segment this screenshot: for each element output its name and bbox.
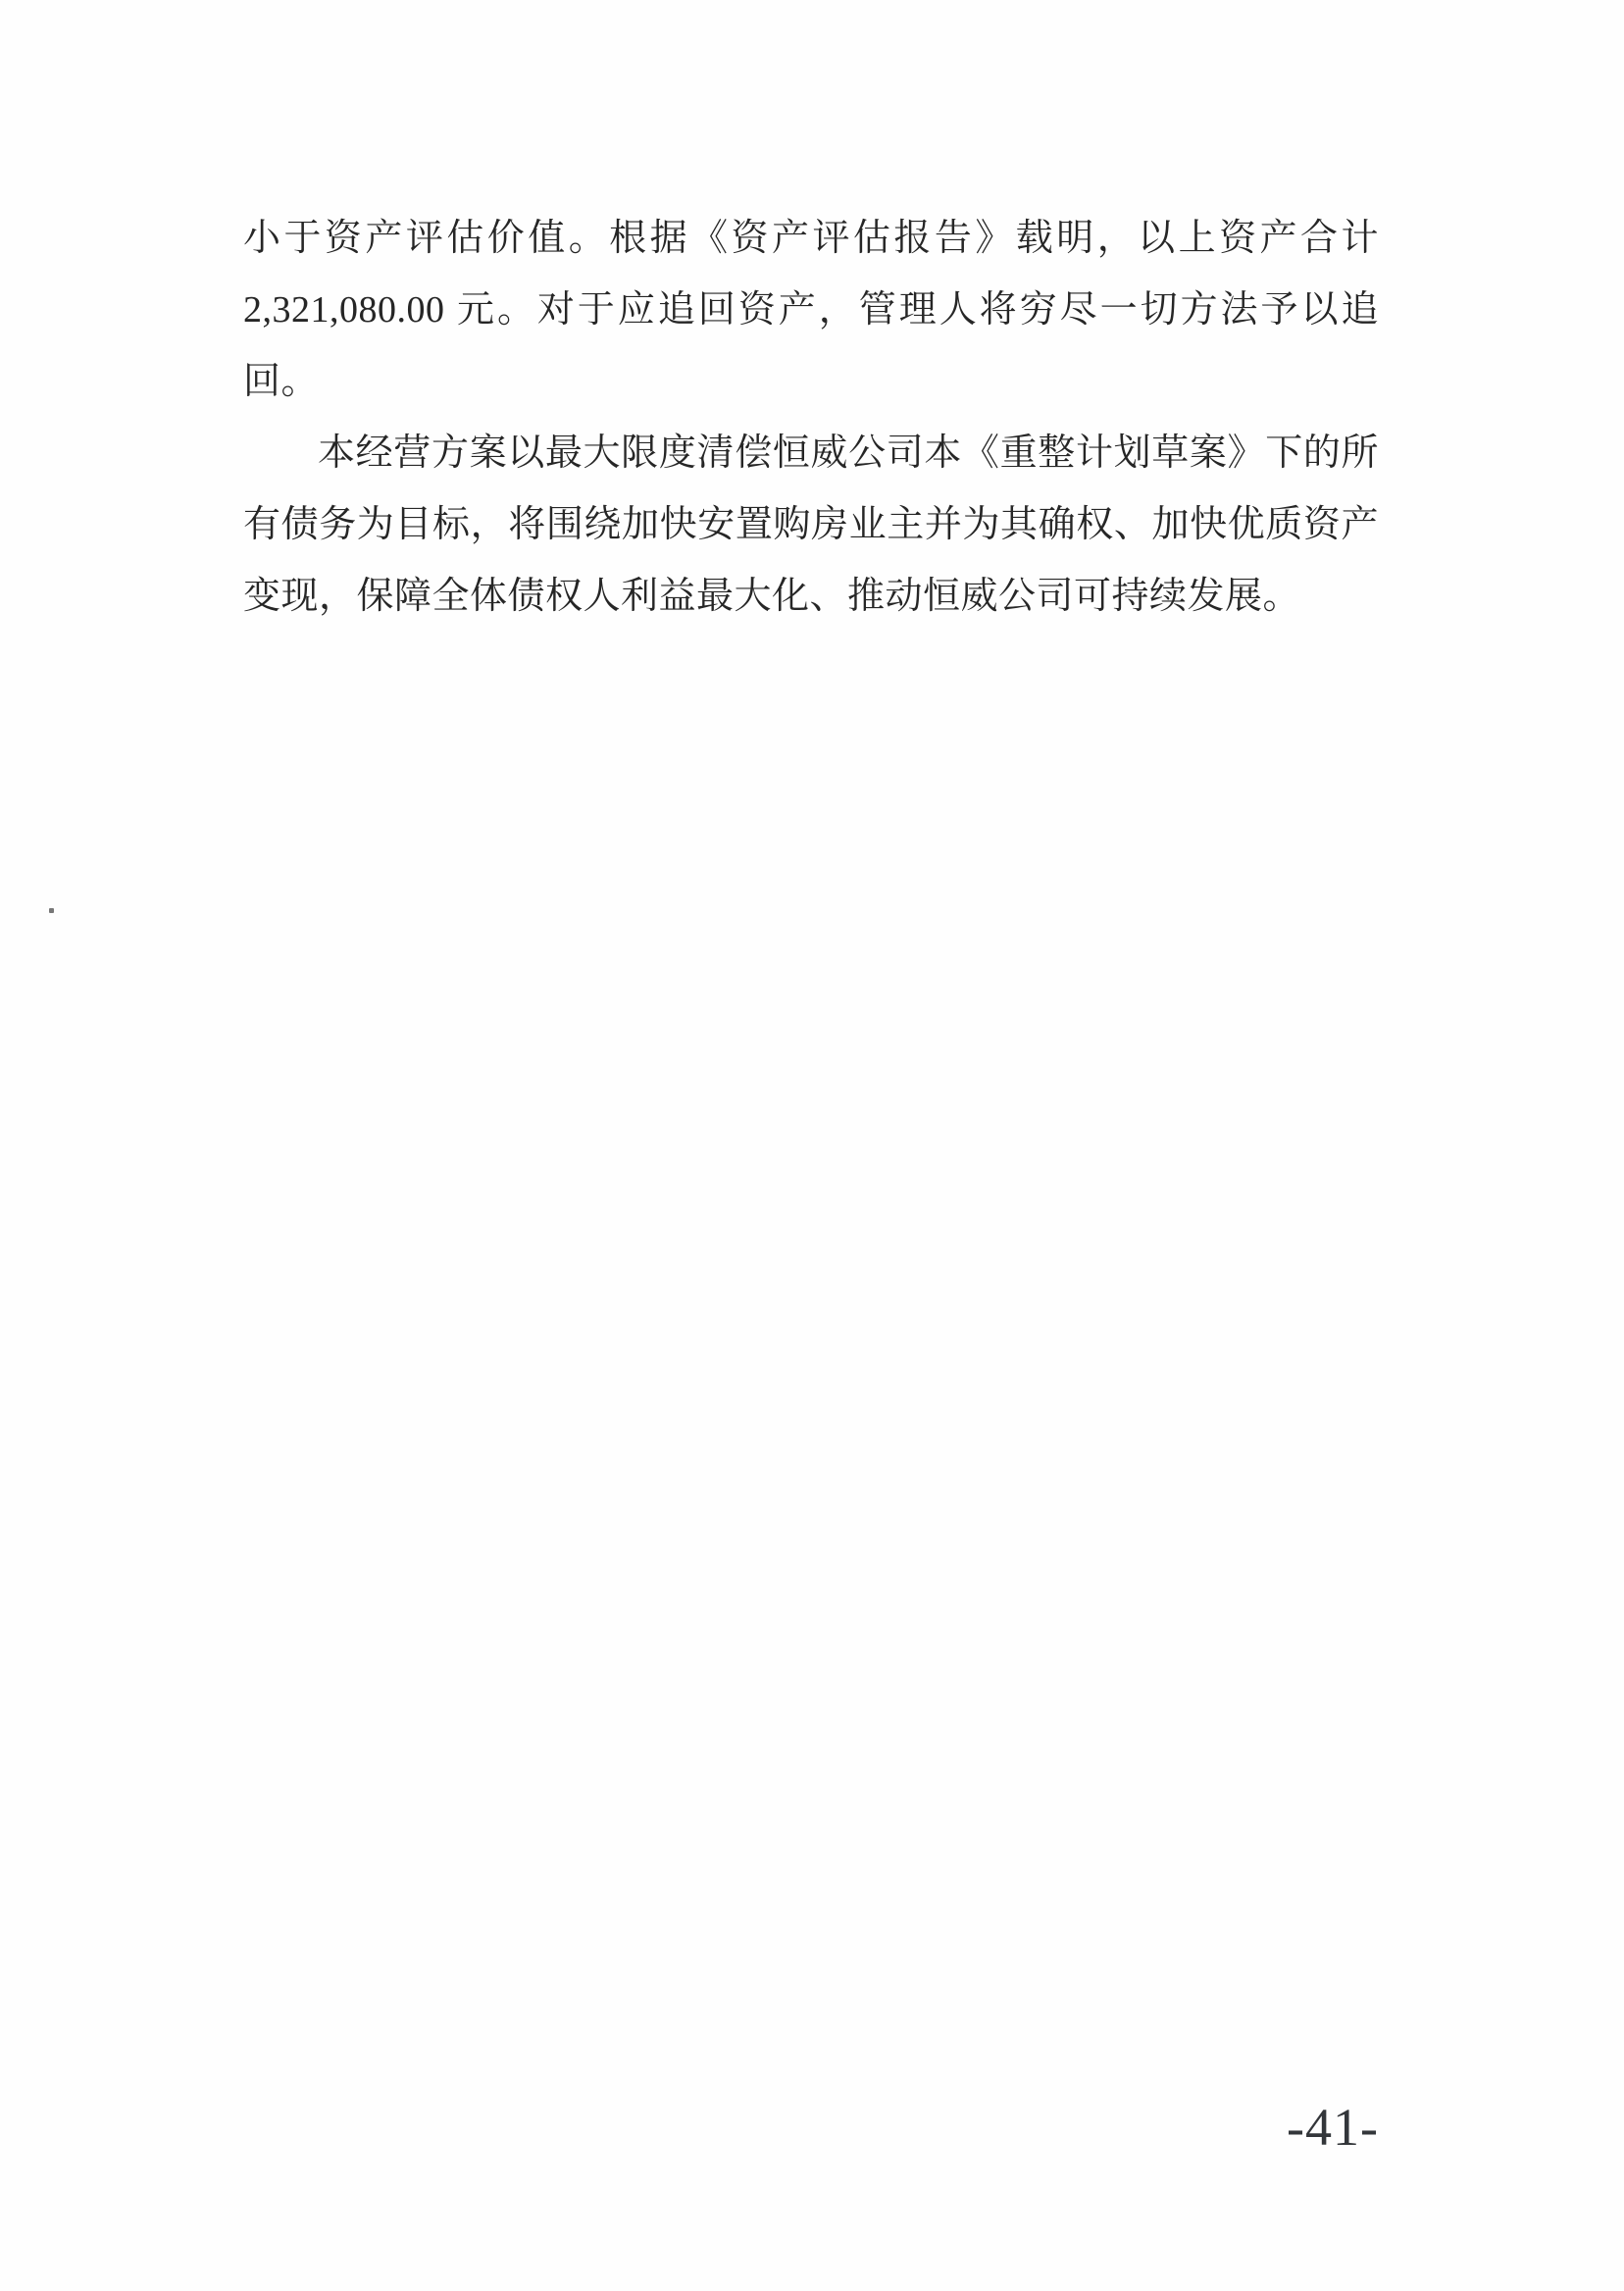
paragraph-1-line-2: 2,321,080.00 元。对于应追回资产，管理人将穷尽一切方法予以追: [243, 275, 1379, 346]
scan-artifact-dot: [49, 908, 54, 913]
document-page: 小于资产评估价值。根据《资产评估报告》载明，以上资产合计 2,321,080.0…: [0, 0, 1624, 2291]
paragraph-1-line-1: 小于资产评估价值。根据《资产评估报告》载明，以上资产合计: [243, 203, 1379, 275]
paragraph-2-line-3: 变现，保障全体债权人利益最大化、推动恒威公司可持续发展。: [243, 561, 1379, 633]
paragraph-2-line-1: 本经营方案以最大限度清偿恒威公司本《重整计划草案》下的所: [243, 418, 1379, 489]
body-text: 小于资产评估价值。根据《资产评估报告》载明，以上资产合计 2,321,080.0…: [243, 203, 1379, 633]
paragraph-1-line-3: 回。: [243, 346, 1379, 418]
paragraph-2-line-2: 有债务为目标，将围绕加快安置购房业主并为其确权、加快优质资产: [243, 489, 1379, 561]
page-number: -41-: [1287, 2097, 1379, 2158]
